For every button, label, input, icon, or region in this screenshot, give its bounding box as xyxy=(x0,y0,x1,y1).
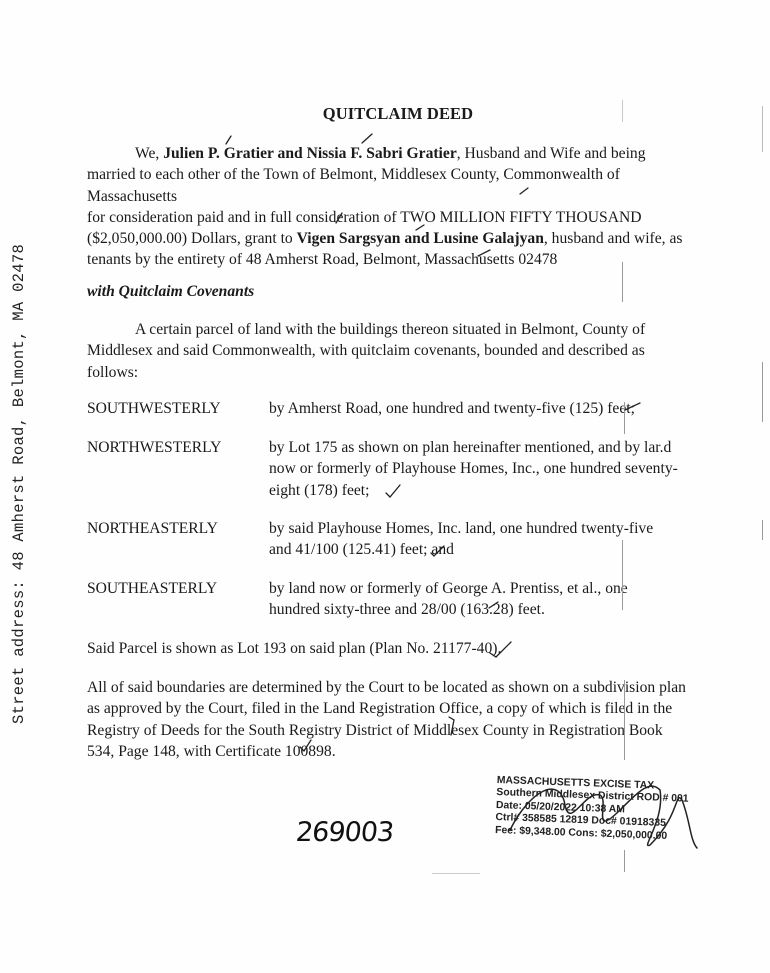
check-mark-icon xyxy=(431,546,444,556)
check-mark-icon xyxy=(625,403,640,410)
check-mark-icon xyxy=(520,188,528,194)
check-mark-icon xyxy=(478,250,490,256)
check-mark-icon xyxy=(490,642,511,657)
check-mark-icon xyxy=(226,136,231,144)
check-mark-icon xyxy=(416,225,424,230)
check-mark-icon xyxy=(449,717,454,735)
check-mark-icon xyxy=(336,213,342,223)
deed-page: Street address: 48 Amherst Road, Belmont… xyxy=(0,0,770,973)
check-mark-icon xyxy=(300,740,311,751)
signature-icon xyxy=(510,786,697,848)
check-mark-icon xyxy=(386,485,400,497)
handwritten-annotations xyxy=(0,0,770,973)
check-mark-icon xyxy=(489,602,498,608)
check-mark-icon xyxy=(362,134,372,143)
